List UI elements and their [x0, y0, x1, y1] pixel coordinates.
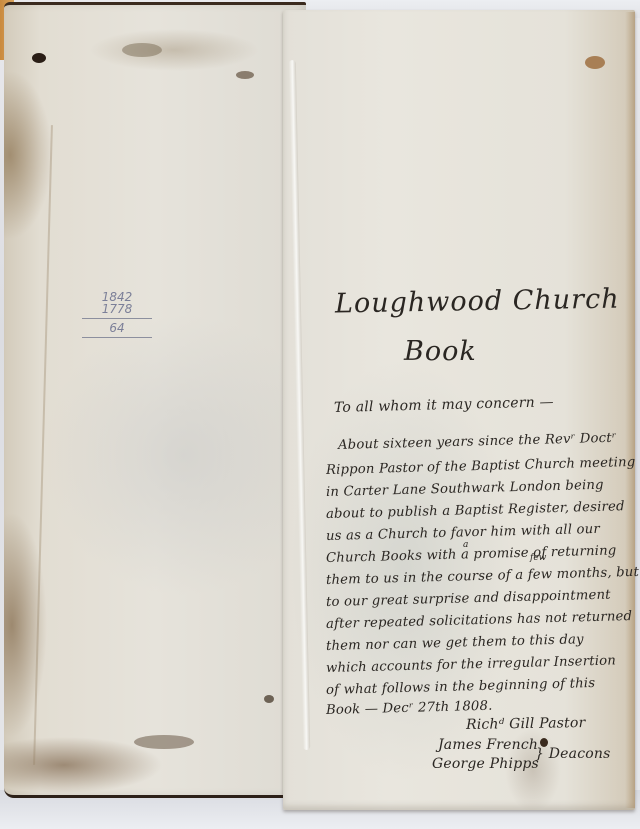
manuscript-title-line2: Book	[404, 336, 477, 367]
deacons-label: } Deacons	[535, 746, 611, 762]
signature-pastor: Richᵈ Gill Pastor	[466, 715, 586, 733]
ink-spot	[32, 53, 46, 63]
left-page-endpaper: 1842 1778 64	[4, 2, 306, 798]
pencil-shelfmark: 1842 1778 64	[82, 291, 152, 341]
stain-spot	[134, 735, 194, 749]
shelfmark-rule	[82, 337, 152, 338]
signature-deacon-1: James French	[438, 737, 538, 753]
signature-deacon-2: George Phipps	[432, 756, 539, 772]
stain-spot	[264, 695, 274, 703]
insertion-a: a	[463, 540, 468, 550]
shelfmark-line3: 64	[82, 322, 152, 334]
insertion-few: few	[530, 553, 546, 563]
manuscript-title-line1: Loughwood Church	[335, 284, 620, 320]
shelfmark-line2: 1778	[82, 303, 152, 315]
page-crease	[33, 125, 53, 765]
shelfmark-rule	[82, 318, 152, 319]
brown-stain-spot	[585, 56, 605, 69]
page-edge-foxing	[625, 12, 635, 808]
stain-spot	[236, 71, 254, 79]
stain-spot	[122, 43, 162, 57]
